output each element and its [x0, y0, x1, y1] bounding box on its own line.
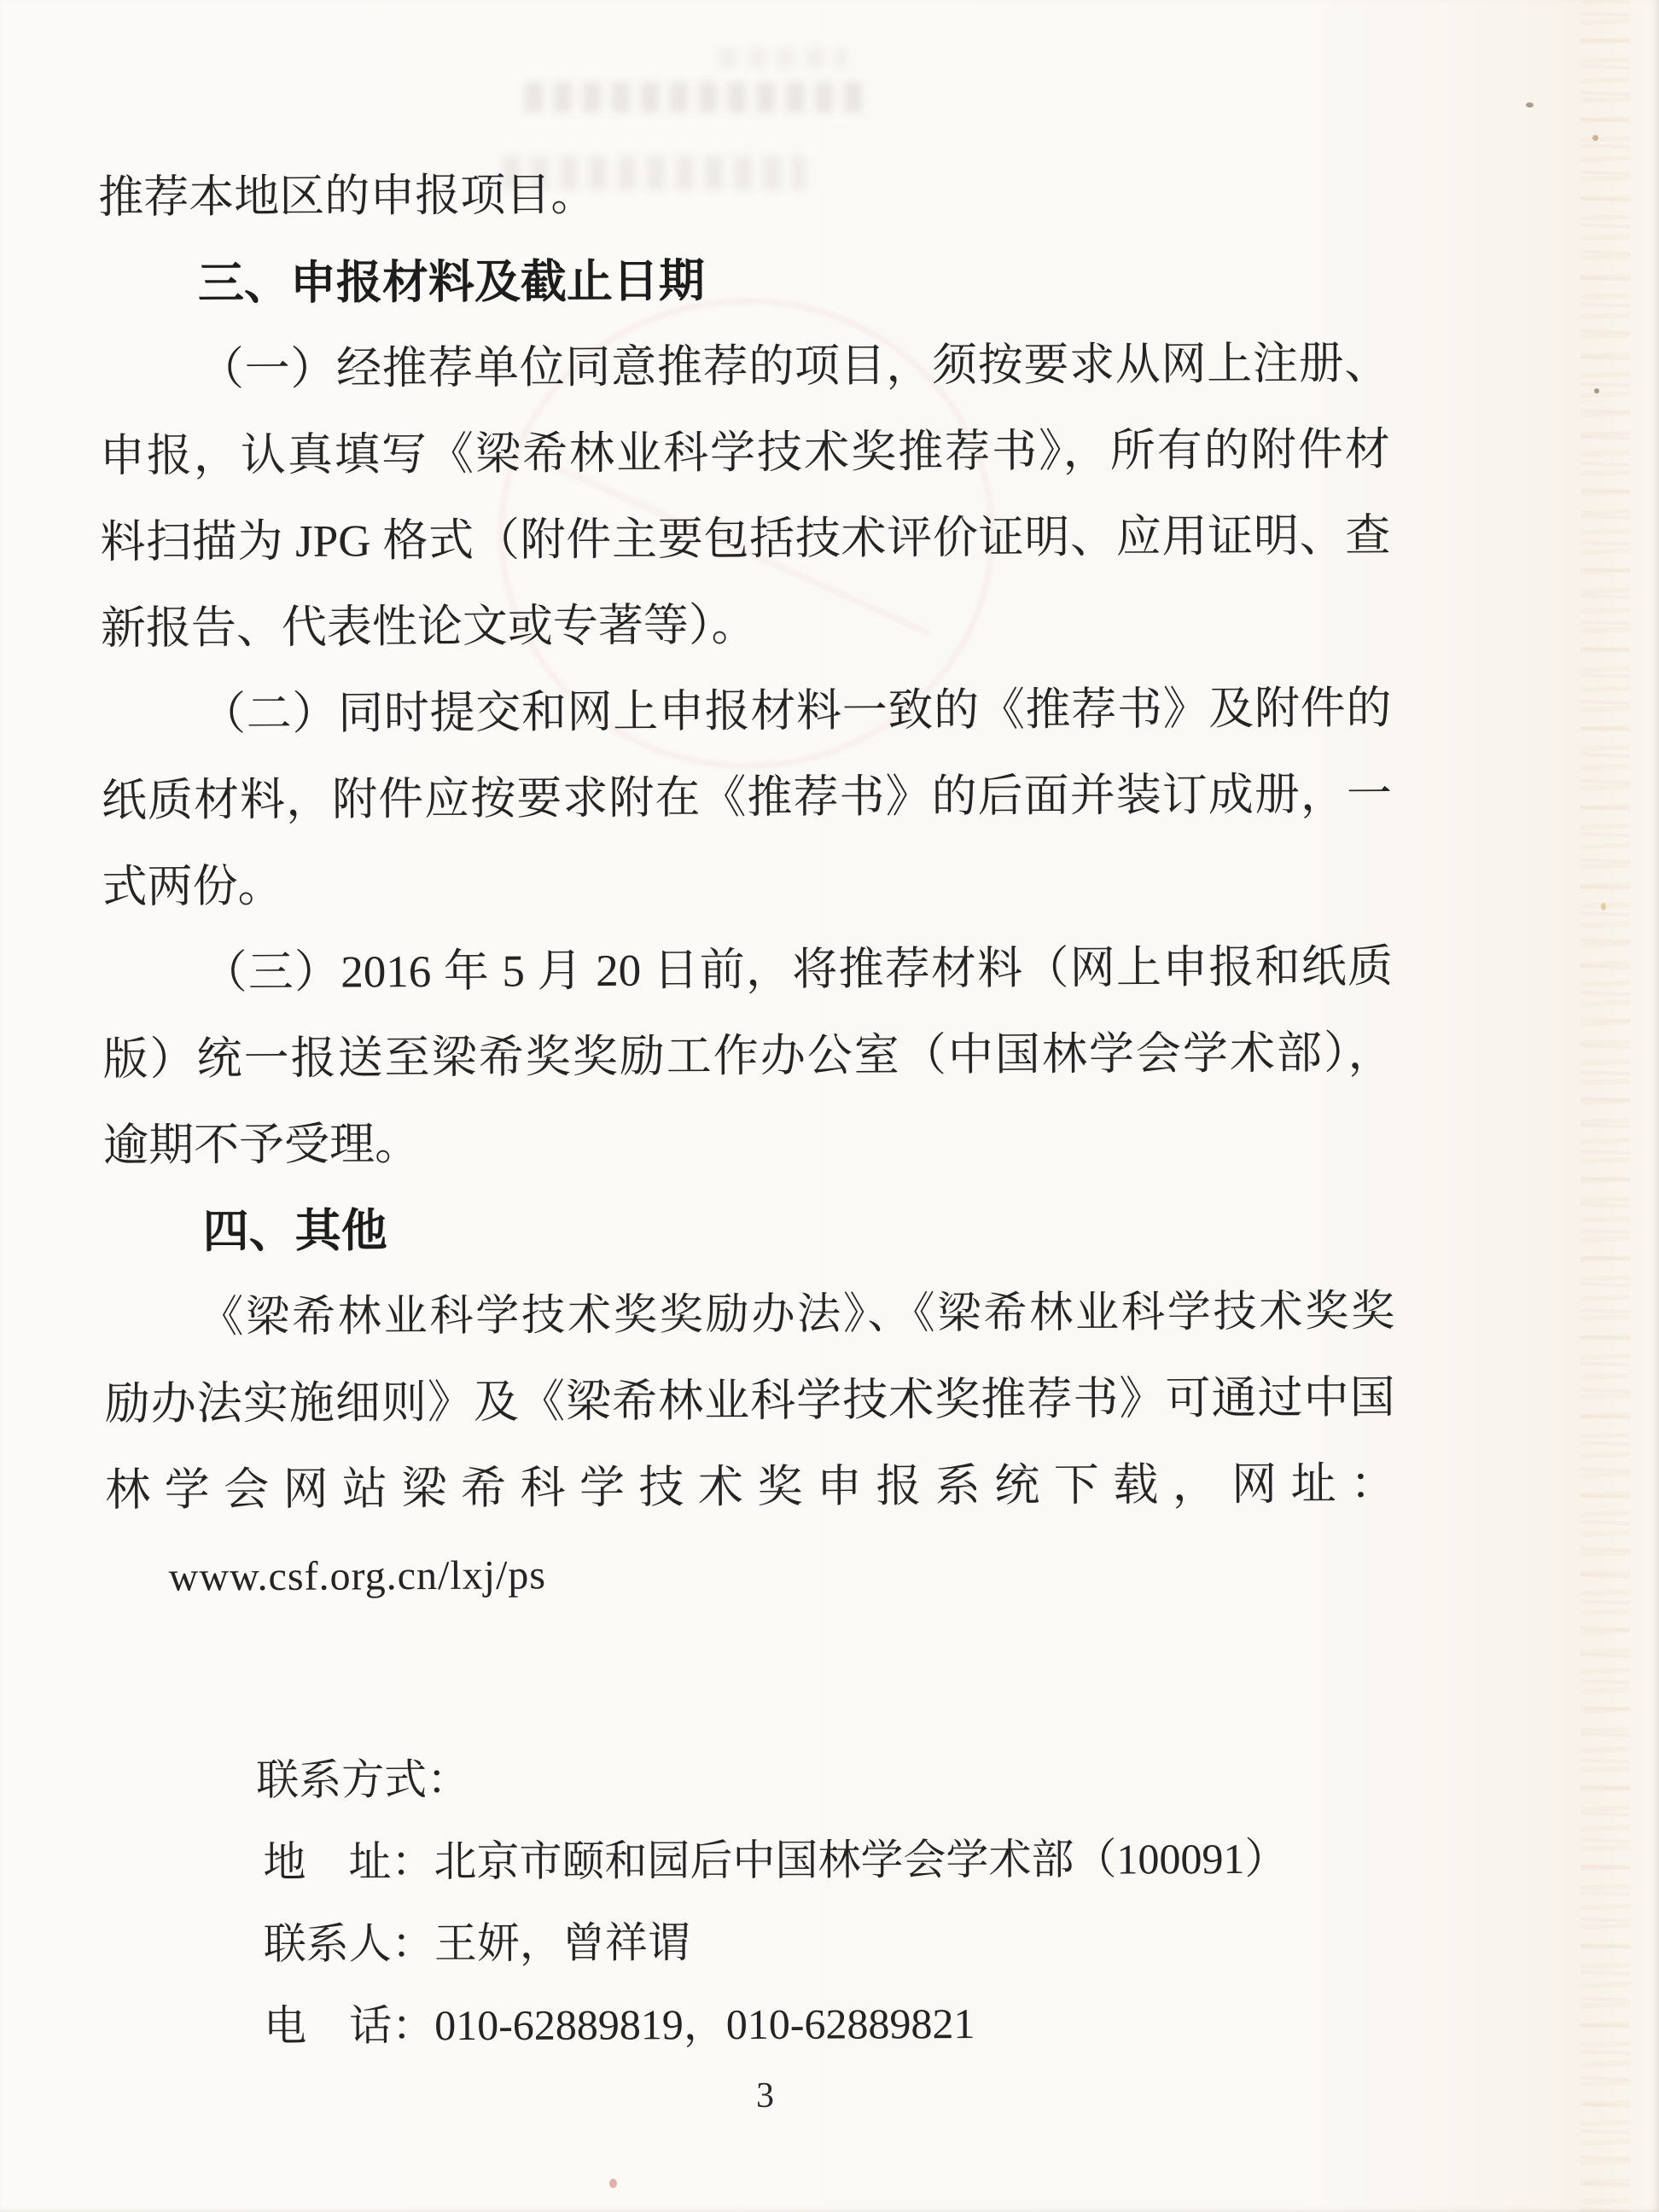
bleed-through-text-mark: [719, 48, 847, 68]
contact-phone-value: 010-62889819，010-62889821: [434, 2000, 975, 2049]
scan-speck: [1526, 102, 1534, 108]
body-line: （一）经推荐单位同意推荐的项目，须按要求从网上注册、: [99, 321, 1390, 414]
contact-person-value: 王妍，曾祥谓: [434, 1918, 690, 1967]
body-line: 纸质材料，附件应按要求附在《推荐书》的后面并装订成册，一: [102, 752, 1393, 845]
body-line: 逾期不予受理。: [103, 1097, 1394, 1190]
scan-speck: [1601, 903, 1606, 911]
scan-speck: [609, 2179, 617, 2188]
body-line: （二）同时提交和网上申报材料一致的《推荐书》及附件的: [101, 666, 1392, 759]
page-number: 3: [756, 2075, 774, 2116]
contact-person-label: 联系人：: [257, 1919, 434, 1968]
contact-phone-label: 电 话：: [257, 2001, 434, 2050]
body-line: 式两份。: [102, 838, 1393, 931]
contact-person-row: 联系人：王妍，曾祥谓: [257, 1900, 1288, 1985]
body-line: 励办法实施细则》及《梁希林业科学技术奖推荐书》可通过中国: [104, 1355, 1395, 1448]
website-url: www.csf.org.cn/lxj/ps: [105, 1528, 1396, 1621]
contact-address-row: 地 址：北京市颐和园后中国林学会学术部（100091）: [256, 1818, 1287, 1903]
scan-speck: [1592, 135, 1598, 141]
section-heading: 三、申报材料及截止日期: [99, 235, 1390, 328]
contact-block: 联系方式： 地 址：北京市颐和园后中国林学会学术部（100091） 联系人：王妍…: [256, 1736, 1288, 2067]
document-body: 推荐本地区的申报项目。 三、申报材料及截止日期 （一）经推荐单位同意推荐的项目，…: [98, 148, 1396, 1621]
body-line: 推荐本地区的申报项目。: [98, 148, 1389, 242]
body-line: 《梁希林业科学技术奖奖励办法》、《梁希林业科学技术奖奖: [104, 1269, 1395, 1362]
bleed-through-text-mark: [525, 82, 866, 113]
contact-address-label: 地 址：: [256, 1837, 434, 1886]
contact-heading: 联系方式：: [256, 1736, 1287, 1821]
body-line: 林学会网站梁希科学技术奖申报系统下载，网址：: [105, 1441, 1396, 1534]
section-heading: 四、其他: [103, 1183, 1394, 1276]
scan-speck: [1594, 388, 1599, 393]
body-line: （三）2016 年 5 月 20 日前，将推荐材料（网上申报和纸质: [102, 924, 1394, 1017]
body-line: 新报告、代表性论文或专著等）。: [101, 579, 1392, 672]
scan-edge-noise-band: [1580, 0, 1630, 2212]
body-line: 版）统一报送至梁希奖奖励工作办公室（中国林学会学术部），: [102, 1010, 1394, 1103]
contact-address-value: 北京市颐和园后中国林学会学术部（100091）: [434, 1835, 1287, 1885]
body-line: 申报，认真填写《梁希林业科学技术奖推荐书》，所有的附件材: [100, 407, 1391, 500]
scanned-document-page: 推荐本地区的申报项目。 三、申报材料及截止日期 （一）经推荐单位同意推荐的项目，…: [0, 0, 1659, 2212]
contact-phone-row: 电 话：010-62889819，010-62889821: [257, 1982, 1288, 2067]
body-line: 料扫描为 JPG 格式（附件主要包括技术评价证明、应用证明、查: [100, 493, 1391, 586]
